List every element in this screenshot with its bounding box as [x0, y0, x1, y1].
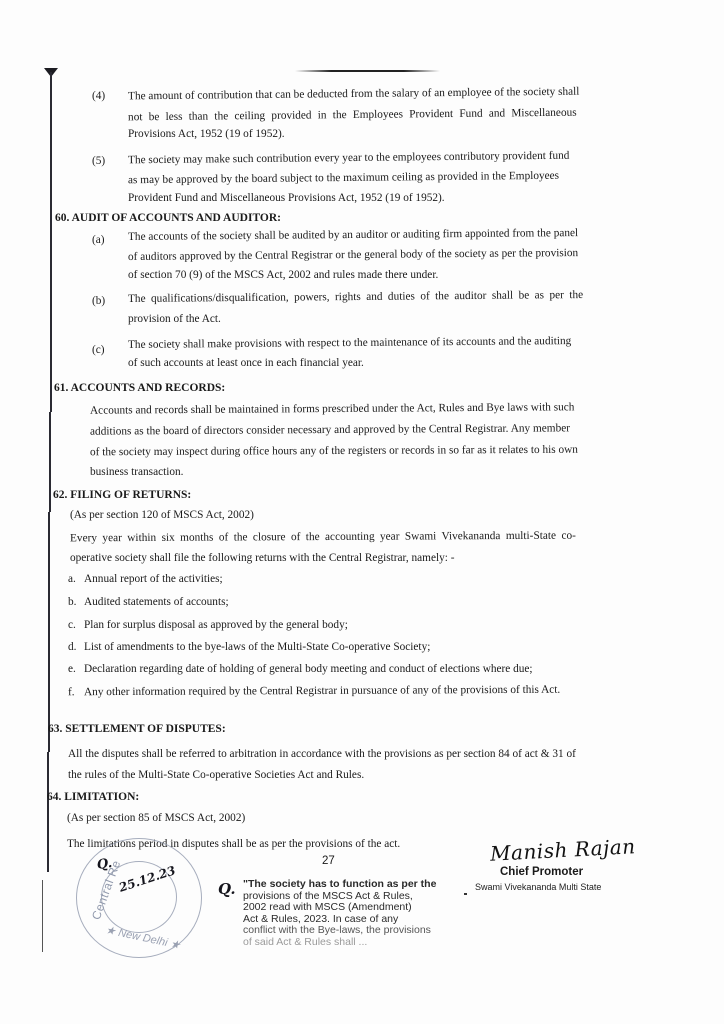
signatory-organization: Swami Vivekananda Multi State: [475, 882, 601, 892]
item-marker: (c): [92, 344, 105, 356]
returns-list-item: f.Any other information required by the …: [68, 684, 560, 699]
returns-list-item: b.Audited statements of accounts;: [68, 596, 229, 608]
clause-line: as may be approved by the board subject …: [128, 166, 559, 191]
top-rule-divider: [295, 70, 440, 72]
section-subheading: (As per section 85 of MSCS Act, 2002): [67, 808, 245, 828]
item-line: The society shall make provisions with r…: [128, 331, 571, 355]
returns-list-item: e.Declaration regarding date of holding …: [68, 663, 533, 675]
handwritten-initial: Q.: [96, 856, 113, 873]
annotation-line: 2002 read with MSCS (Amendment): [243, 902, 453, 914]
section-line: business transaction.: [90, 462, 184, 482]
list-marker: f.: [68, 686, 84, 698]
clause-number: (4): [92, 90, 105, 102]
stray-mark: [464, 893, 467, 895]
annotation-line: conflict with the Bye-laws, the provisio…: [243, 925, 453, 937]
list-text: Annual report of the activities;: [84, 573, 223, 585]
page-number: 27: [322, 855, 335, 867]
list-marker: e.: [68, 663, 84, 675]
handwritten-initial: Q.: [218, 880, 236, 898]
binding-margin-line: [47, 752, 49, 872]
binding-margin-line: [42, 880, 43, 952]
section-line: additions as the board of directors cons…: [90, 418, 570, 441]
signature: Manish Rajan: [489, 834, 636, 866]
list-marker: c.: [68, 619, 84, 631]
list-text: Plan for surplus disposal as approved by…: [84, 619, 348, 631]
binding-margin-line: [49, 412, 51, 512]
section-line: All the disputes shall be referred to ar…: [68, 744, 576, 764]
list-marker: a.: [68, 573, 84, 585]
section-heading: 63. SETTLEMENT OF DISPUTES:: [48, 723, 226, 735]
clause-line: Provisions Act, 1952 (19 of 1952).: [128, 124, 285, 144]
compliance-annotation-stamp: "The society has to function as per the …: [243, 879, 453, 948]
returns-list-item: c.Plan for surplus disposal as approved …: [68, 619, 348, 631]
list-text: Declaration regarding date of holding of…: [84, 663, 533, 675]
section-line: Accounts and records shall be maintained…: [90, 397, 575, 420]
section-line: the rules of the Multi-State Co-operativ…: [68, 765, 364, 785]
item-marker: (b): [92, 295, 105, 307]
registrar-seal-stamp: Central Re ★ New Delhi ★: [76, 838, 202, 958]
list-marker: b.: [68, 596, 84, 608]
item-marker: (a): [92, 234, 105, 246]
section-line: Every year within six months of the clos…: [70, 526, 576, 549]
section-heading: 62. FILING OF RETURNS:: [53, 489, 191, 501]
item-line: of such accounts at least once in each f…: [128, 353, 364, 373]
section-heading: 64. LIMITATION:: [47, 791, 139, 803]
section-line: operative society shall file the followi…: [70, 548, 454, 568]
section-heading: 61. ACCOUNTS AND RECORDS:: [54, 382, 225, 394]
annotation-line: "The society has to function as per the: [243, 879, 453, 891]
clause-line: Provident Fund and Miscellaneous Provisi…: [128, 188, 445, 208]
section-line: of the society may inspect during office…: [90, 440, 578, 463]
section-subheading: (As per section 120 of MSCS Act, 2002): [70, 505, 254, 525]
item-line: The qualifications/disqualification, pow…: [128, 285, 583, 309]
item-line: of auditors approved by the Central Regi…: [128, 243, 578, 267]
list-marker: d.: [68, 641, 84, 653]
list-text: Audited statements of accounts;: [84, 596, 229, 608]
annotation-line: of said Act & Rules shall ...: [243, 937, 453, 949]
returns-list-item: d.List of amendments to the bye-laws of …: [68, 641, 430, 653]
binding-margin-line: [48, 512, 50, 752]
returns-list-item: a.Annual report of the activities;: [68, 573, 223, 585]
binding-margin-line: [50, 72, 52, 412]
clause-number: (5): [92, 155, 105, 167]
item-line: of section 70 (9) of the MSCS Act, 2002 …: [128, 265, 438, 285]
document-page: (4) The amount of contribution that can …: [0, 0, 724, 1024]
section-heading: 60. AUDIT OF ACCOUNTS AND AUDITOR:: [55, 212, 281, 224]
list-text: Any other information required by the Ce…: [84, 684, 560, 698]
signatory-title: Chief Promoter: [500, 866, 583, 878]
list-text: List of amendments to the bye-laws of th…: [84, 641, 430, 653]
item-line: provision of the Act.: [128, 309, 221, 329]
